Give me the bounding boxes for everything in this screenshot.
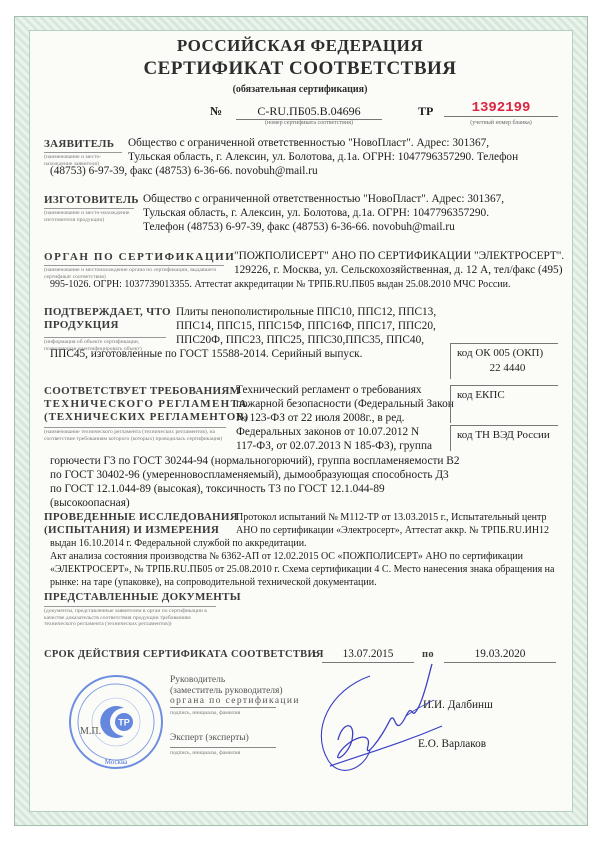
requirements-line-2: пожарной безопасности (Федеральный Закон [236,398,454,412]
validity-from-word: с [313,649,318,660]
requirements-label-3: (ТЕХНИЧЕСКИХ РЕГЛАМЕНТОВ) [44,411,249,423]
okp-code-box: код ОК 005 (ОКП) 22 4440 [450,343,558,379]
manufacturer-line-3: Телефон (48753) 6-97-39, факс (48753) 6-… [143,221,455,235]
applicant-line-3: (48753) 6-97-39, факс (48753) 6-36-66. n… [50,165,318,179]
tests-line-4: Акт анализа состояния производства № 636… [50,551,523,564]
tnved-code-label: код ТН ВЭД России [457,429,558,441]
manufacturer-caption: (наименование и место-нахождение изготов… [44,208,134,223]
requirements-line-8: по ГОСТ 12.1.044-89 (высокая), токсичнос… [50,483,385,497]
documents-caption: (документы, представленные заявителем в … [44,606,216,628]
validity-label: СРОК ДЕЙСТВИЯ СЕРТИФИКАТА СООТВЕТСТВИЯ [44,649,324,660]
product-label-1: ПОДТВЕРЖДАЕТ, ЧТО [44,306,171,318]
requirements-line-3: № 123-ФЗ от 22 июля 2008г., в ред. [236,412,405,426]
certification-body-line-2: 129226, г. Москва, ул. Сельскохозяйствен… [234,264,562,278]
seal-stamp-icon: ТР Москва [66,672,166,772]
number-sign: № [210,104,222,119]
tests-label-2: (ИСПЫТАНИЯ) И ИЗМЕРЕНИЯ [44,524,219,536]
certification-body-line-3: 995-1026. ОГРН: 1037739013355. Аттестат … [50,279,510,292]
product-line-3: ППС20Ф, ППС23, ППС25, ППС30,ППС35, ППС40… [176,334,424,348]
tests-label-1: ПРОВЕДЕННЫЕ ИССЛЕДОВАНИЯ [44,511,238,523]
okp-code-label: код ОК 005 (ОКП) [457,347,558,359]
expert-label: Эксперт (эксперты) [170,733,249,743]
requirements-label-2: ТЕХНИЧЕСКОГО РЕГЛАМЕНТА [44,398,248,410]
applicant-line-2: Тульская область, г. Алексин, ул. Болото… [128,151,518,165]
certificate-title: СЕРТИФИКАТ СООТВЕТСТВИЯ [0,58,600,80]
product-line-4: ППС45, изготовленные по ГОСТ 15588-2014.… [50,348,362,362]
product-label-2: ПРОДУКЦИЯ [44,319,119,331]
requirements-line-7: по ГОСТ 30402-96 (умеренновоспламеняемый… [50,469,449,483]
head-title: Руководитель (заместитель руководителя) … [170,675,300,707]
product-line-1: Плиты пенополистирольные ППС10, ППС12, П… [176,306,436,320]
stamp-place-label: М.П. [80,726,101,737]
tp-label: ТР [418,104,433,119]
requirements-line-6: горючести Г3 по ГОСТ 30244-94 (нормально… [50,455,459,469]
certification-body-caption: (наименование и местонахождение органа п… [44,265,224,280]
requirements-caption: (наименование технического регламента (т… [44,427,226,442]
certificate-number: C-RU.ПБ05.В.04696 [236,104,382,120]
requirements-line-4: Федеральных законов от 10.07.2012 N [236,426,419,440]
validity-to-word: по [422,649,434,660]
okp-code-value: 22 4440 [457,362,558,374]
expert-sign-caption: подпись, инициалы, фамилия [170,750,240,756]
requirements-label-1: СООТВЕТСТВУЕТ ТРЕБОВАНИЯМ [44,385,240,397]
product-line-2: ППС14, ППС15, ППС15Ф, ППС16Ф, ППС17, ППС… [176,320,436,334]
head-sign-line [170,707,276,708]
applicant-line-1: Общество с ограниченной ответственностью… [128,137,489,151]
certificate-number-caption: (номер сертификата соответствия) [236,120,382,126]
certification-body-label: ОРГАН ПО СЕРТИФИКАЦИИ [44,251,235,263]
tests-line-5: «ЭЛЕКТРОСЕРТ», № ТРПБ.RU.ПБ05 от 25.08.2… [50,564,554,577]
validity-to-date: 19.03.2020 [444,648,556,663]
tests-line-3: выдан 16.10.2014 г. Федеральной службой … [50,538,307,551]
tests-line-2: АНО по сертификации «Электросерт», Аттес… [236,525,549,538]
manufacturer-line-2: Тульская область, г. Алексин, ул. Болото… [143,207,489,221]
certification-body-line-1: "ПОЖПОЛИСЕРТ" АНО ПО СЕРТИФИКАЦИИ "ЭЛЕКТ… [234,250,564,264]
country-title: РОССИЙСКАЯ ФЕДЕРАЦИЯ [0,36,600,56]
blank-number-caption: (учетный номер бланка) [444,120,558,126]
expert-sign-line [170,747,276,748]
blank-number: 1392199 [444,100,558,117]
tests-line-6: рынке: на таре (упаковке), на сопроводит… [50,577,377,590]
ekps-code-box: код ЕКПС [450,385,558,423]
ekps-code-label: код ЕКПС [457,389,558,401]
applicant-label: ЗАЯВИТЕЛЬ [44,138,114,150]
requirements-line-1: Технический регламент о требованиях [236,384,422,398]
signature-icon [310,660,460,780]
manufacturer-line-1: Общество с ограниченной ответственностью… [143,193,504,207]
head-sign-caption: подпись, инициалы, фамилия [170,710,240,716]
tests-line-1: Протокол испытаний № М112-ТР от 13.03.20… [236,512,546,525]
svg-text:Москва: Москва [105,758,128,766]
manufacturer-label: ИЗГОТОВИТЕЛЬ [44,194,139,206]
certificate-subtitle: (обязательная сертификация) [0,84,600,95]
requirements-line-5: 117-ФЗ, от 02.07.2013 N 185-ФЗ), группа [236,440,432,454]
requirements-line-9: (высокоопасная) [50,497,130,511]
tnved-code-box: код ТН ВЭД России [450,425,558,451]
documents-label: ПРЕДСТАВЛЕННЫЕ ДОКУМЕНТЫ [44,591,241,603]
svg-text:ТР: ТР [118,718,130,728]
